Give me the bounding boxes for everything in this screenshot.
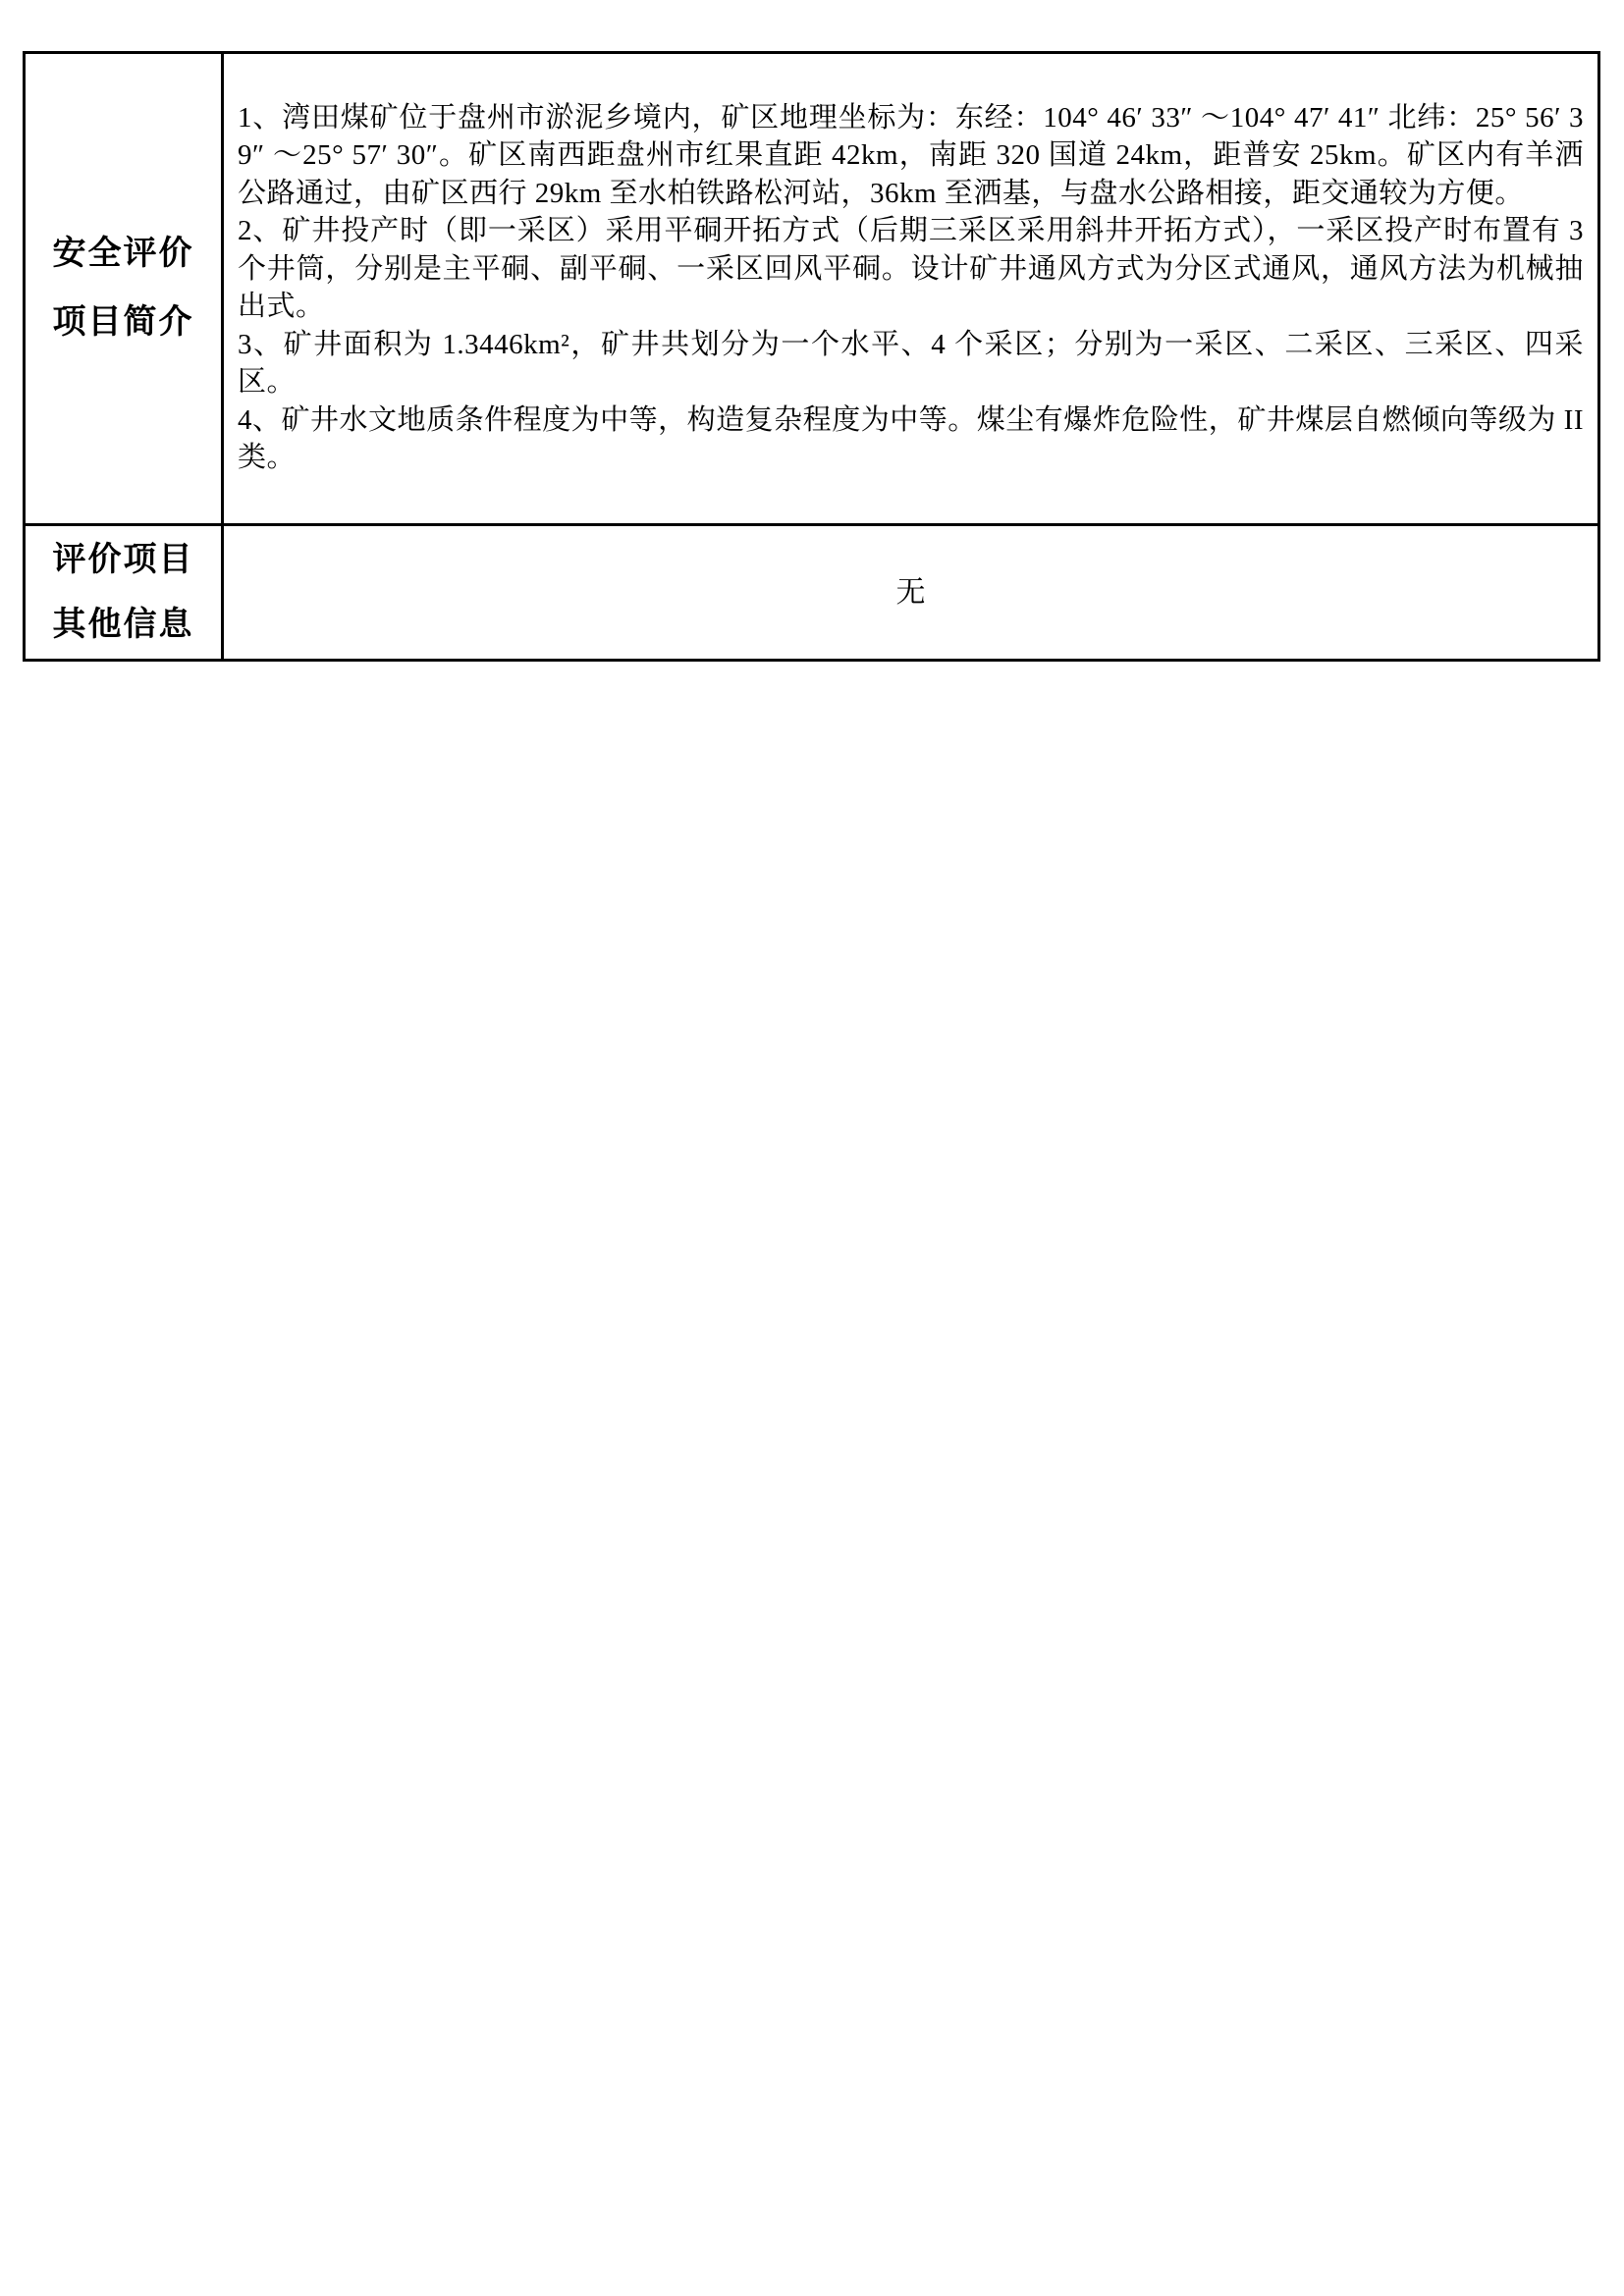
project-intro-content-cell: 1、湾田煤矿位于盘州市淤泥乡境内，矿区地理坐标为：东经：104° 46′ 33″… <box>223 53 1599 525</box>
document-page: 安全评价 项目简介 1、湾田煤矿位于盘州市淤泥乡境内，矿区地理坐标为：东经：10… <box>0 0 1624 2296</box>
row-label-other-info: 评价项目 其他信息 <box>25 525 223 661</box>
table-row-other-info: 评价项目 其他信息 无 <box>25 525 1599 661</box>
intro-paragraph-location: 1、湾田煤矿位于盘州市淤泥乡境内，矿区地理坐标为：东经：104° 46′ 33″… <box>238 99 1584 213</box>
project-intro-text: 1、湾田煤矿位于盘州市淤泥乡境内，矿区地理坐标为：东经：104° 46′ 33″… <box>224 91 1597 487</box>
row-label-project-intro: 安全评价 项目简介 <box>25 53 223 525</box>
intro-paragraph-development: 2、矿井投产时（即一采区）采用平硐开拓方式（后期三采区采用斜井开拓方式），一采区… <box>238 212 1584 326</box>
other-info-value: 无 <box>896 576 926 609</box>
label-line: 安全评价 <box>53 237 194 272</box>
row-label-project-intro-lines: 安全评价 项目简介 <box>26 237 221 341</box>
label-line: 其他信息 <box>53 608 194 643</box>
intro-paragraph-area: 3、矿井面积为 1.3446km²，矿井共划分为一个水平、4 个采区；分别为一采… <box>238 326 1584 401</box>
label-line: 项目简介 <box>53 305 194 341</box>
label-line: 评价项目 <box>53 543 194 578</box>
intro-paragraph-geology: 4、矿井水文地质条件程度为中等，构造复杂程度为中等。煤尘有爆炸危险性，矿井煤层自… <box>238 401 1584 477</box>
row-label-other-info-lines: 评价项目 其他信息 <box>26 543 221 643</box>
other-info-content-cell: 无 <box>223 525 1599 661</box>
table-row-project-intro: 安全评价 项目简介 1、湾田煤矿位于盘州市淤泥乡境内，矿区地理坐标为：东经：10… <box>25 53 1599 525</box>
safety-evaluation-table: 安全评价 项目简介 1、湾田煤矿位于盘州市淤泥乡境内，矿区地理坐标为：东经：10… <box>23 51 1600 662</box>
